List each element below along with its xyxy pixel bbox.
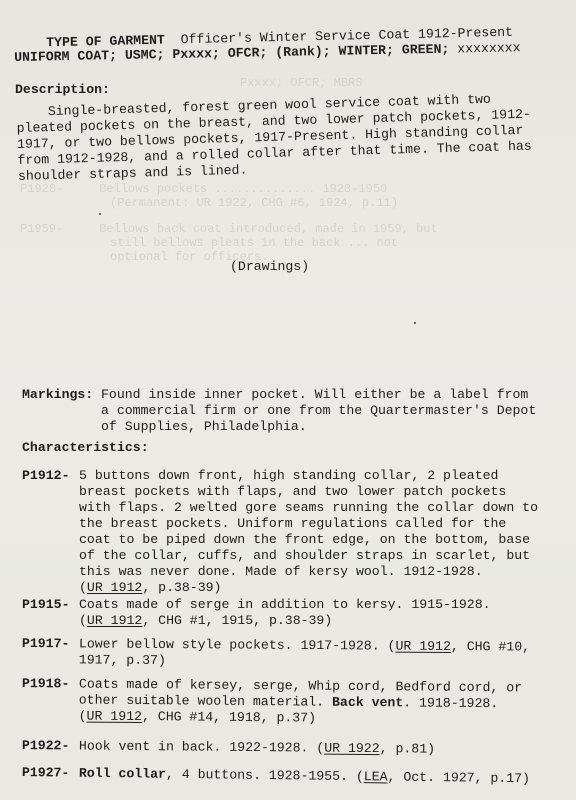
text-segment: coat to be piped down the front edge, on… [79, 532, 530, 547]
text-segment: Hook vent in back. 1922-1928. ( [79, 738, 324, 755]
characteristics-title: Characteristics: [22, 440, 149, 456]
text-segment: 1917, p.37) [79, 652, 166, 668]
markings-line: a commercial firm or one from the Quarte… [101, 403, 536, 419]
characteristic-code: P1927- [22, 765, 70, 782]
characteristic-code: P1915- [22, 597, 69, 613]
text-segment: this was never done. Made of kersy wool.… [79, 564, 483, 579]
characteristic-line: (UR 1912, p.38-39) [79, 580, 538, 596]
characteristic-entry: P1922-Hook vent in back. 1922-1928. (UR … [22, 738, 572, 743]
characteristic-text: Lower bellow style pockets. 1917-1928. (… [79, 636, 530, 671]
bleed-through-text: still bellows pleats in the back ... not [110, 236, 398, 250]
classification-segment: xxxxxxxx [449, 40, 521, 56]
description-body: Single-breasted, forest green wool servi… [16, 90, 558, 185]
characteristic-line: Roll collar, 4 buttons. 1928-1955. (LEA,… [79, 766, 530, 788]
bleed-through-text: (Permanent: UR 1922, CHG #6, 1924, p.11) [110, 196, 398, 210]
bleed-through-text: P1928- Bellows pockets .............. 19… [20, 182, 387, 196]
text-segment: , CHG #10, [451, 639, 530, 655]
citation-source: UR 1912 [395, 639, 451, 654]
characteristic-line: 5 buttons down front, high standing coll… [79, 468, 538, 484]
document-page: Pxxxx; OFCR; MBRS P1928- Bellows pockets… [0, 0, 576, 800]
emphasis-text: Roll collar [79, 766, 166, 782]
text-segment: . 1918-1928. [403, 695, 498, 711]
markings-line: of Supplies, Philadelphia. [101, 419, 536, 435]
characteristic-code: P1922- [22, 738, 70, 754]
characteristic-line: coat to be piped down the front edge, on… [79, 532, 538, 548]
characteristic-entry: P1927-Roll collar, 4 buttons. 1928-1955.… [22, 765, 572, 772]
text-segment: , p.38-39) [142, 580, 221, 595]
text-segment: ( [79, 580, 87, 595]
characteristic-entry: P1918-Coats made of kersey, serge, Whip … [22, 676, 572, 681]
characteristic-code: P1918- [22, 676, 70, 692]
text-segment: ( [79, 613, 87, 628]
characteristic-line: this was never done. Made of kersy wool.… [79, 564, 538, 580]
emphasis-text: Back vent [332, 695, 403, 711]
markings-label: Markings: [22, 387, 93, 403]
characteristic-text: Coats made of serge in addition to kersy… [79, 597, 491, 629]
text-segment: ( [79, 708, 87, 723]
characteristic-line: the breast pockets. Uniform regulations … [79, 516, 538, 532]
characteristic-code: P1912- [22, 468, 69, 484]
bleed-through-text: P1959- Bellows back coat introduced, mad… [20, 222, 438, 236]
characteristic-line: Coats made of serge in addition to kersy… [79, 597, 491, 613]
characteristic-text: Roll collar, 4 buttons. 1928-1955. (LEA,… [79, 766, 530, 788]
characteristic-code: P1917- [22, 636, 70, 652]
drawings-placeholder: (Drawings) [230, 259, 309, 275]
text-segment: , p.81) [380, 741, 436, 756]
characteristic-line: (UR 1912, CHG #1, 1915, p.38-39) [79, 613, 491, 629]
speck [414, 322, 416, 324]
text-segment: , 4 buttons. 1928-1955. ( [166, 767, 364, 784]
characteristic-line: Hook vent in back. 1922-1928. (UR 1922, … [79, 738, 435, 757]
classification-segment: UNIFORM COAT; USMC; [14, 47, 173, 65]
text-segment: breast pockets with flaps, and two lower… [79, 484, 506, 499]
text-segment: Coats made of serge in addition to kersy… [79, 597, 491, 612]
citation-source: UR 1912 [87, 613, 142, 628]
text-segment: with flaps. 2 welted gore seams running … [79, 500, 538, 515]
text-segment: 5 buttons down front, high standing coll… [79, 468, 498, 483]
text-segment: other suitable woolen material. [79, 692, 332, 709]
text-segment: , Oct. 1927, p.17) [387, 769, 530, 786]
citation-source: UR 1922 [324, 741, 380, 756]
characteristic-text: Coats made of kersey, serge, Whip cord, … [79, 676, 523, 728]
text-segment: Lower bellow style pockets. 1917-1928. ( [79, 636, 396, 653]
markings-line: Found inside inner pocket. Will either b… [101, 387, 536, 403]
characteristic-text: 5 buttons down front, high standing coll… [79, 468, 538, 596]
characteristic-line: of the collar, cuffs, and shoulder strap… [79, 548, 538, 564]
text-segment: , CHG #14, 1918, p.37) [142, 709, 316, 726]
characteristic-line: 1917, p.37) [79, 652, 530, 671]
characteristic-line: with flaps. 2 welted gore seams running … [79, 500, 538, 516]
characteristic-entry: P1917-Lower bellow style pockets. 1917-1… [22, 636, 572, 640]
citation-source: UR 1912 [87, 709, 143, 724]
markings-body: Found inside inner pocket. Will either b… [101, 387, 536, 435]
bleed-through-text: Pxxxx; OFCR; MBRS [240, 76, 362, 90]
characteristic-line: breast pockets with flaps, and two lower… [79, 484, 538, 500]
citation-source: LEA [364, 769, 388, 784]
characteristic-text: Hook vent in back. 1922-1928. (UR 1922, … [79, 738, 435, 757]
text-segment: the breast pockets. Uniform regulations … [79, 516, 506, 531]
text-segment: of the collar, cuffs, and shoulder strap… [79, 548, 530, 563]
description-title: Description: [15, 82, 110, 98]
citation-source: UR 1912 [87, 580, 142, 595]
speck [99, 213, 101, 215]
text-segment: , CHG #1, 1915, p.38-39) [142, 613, 332, 628]
